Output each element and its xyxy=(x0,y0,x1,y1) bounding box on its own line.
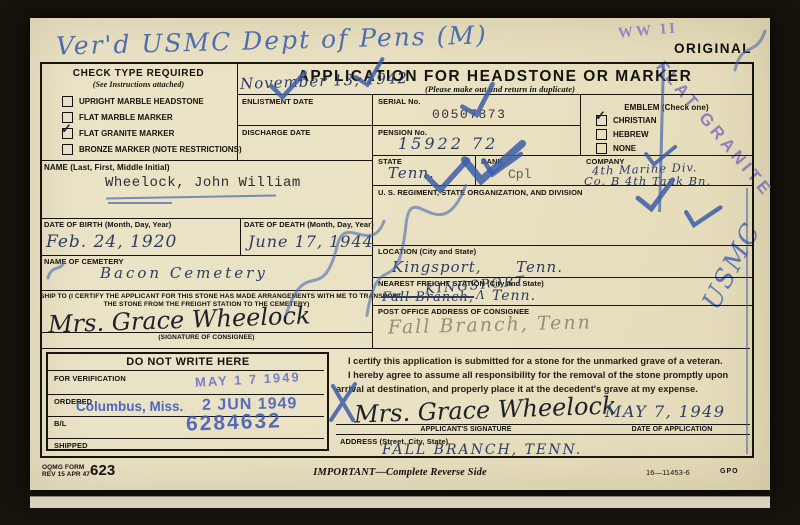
check-type-subheading: (See Instructions attached) xyxy=(40,80,237,89)
discharge-date-label: DISCHARGE DATE xyxy=(242,128,310,137)
serial-no-label: SERIAL No. xyxy=(378,97,421,106)
checkbox-icon xyxy=(62,96,73,107)
check-type-heading: CHECK TYPE REQUIRED xyxy=(40,68,237,79)
certification-line2: I hereby agree to assume all responsibil… xyxy=(336,369,748,397)
checkbox-upright-marble: UPRIGHT MARBLE HEADSTONE xyxy=(62,96,204,107)
checkbox-icon xyxy=(62,128,73,139)
address-value: FALL BRANCH, TENN. xyxy=(382,443,582,457)
divider-line xyxy=(40,348,750,349)
checkbox-bronze: BRONZE MARKER (NOTE RESTRICTIONS) xyxy=(62,144,242,155)
divider-line xyxy=(336,434,750,435)
date-of-birth-label: DATE OF BIRTH (Month, Day, Year) xyxy=(44,220,171,229)
checkbox-label: UPRIGHT MARBLE HEADSTONE xyxy=(79,97,204,106)
pen-vertical-stroke xyxy=(746,188,748,454)
checkbox-icon xyxy=(596,129,607,140)
checkbox-flat-marble: FLAT MARBLE MARKER xyxy=(62,112,173,123)
checkbox-label: BRONZE MARKER (NOTE RESTRICTIONS) xyxy=(79,145,242,154)
divider-line xyxy=(240,218,241,255)
divider-line xyxy=(40,160,373,161)
checkbox-label: FLAT MARBLE MARKER xyxy=(79,113,173,122)
form-number: 623 xyxy=(90,462,115,479)
checkbox-label: FLAT GRANITE MARKER xyxy=(79,129,174,138)
gpo-label: GPO xyxy=(720,468,739,475)
emblem-heading: EMBLEM (Check one) xyxy=(580,103,753,112)
pen-check-mark xyxy=(630,176,681,215)
paper-bottom-edge xyxy=(30,496,770,508)
footer-center-note: IMPORTANT—Complete Reverse Side xyxy=(210,467,590,478)
checkbox-label: CHRISTIAN xyxy=(613,116,657,125)
divider-line xyxy=(237,125,580,126)
scanned-document-photo: Ver'd USMC Dept of Pens (M) WW II ORIGIN… xyxy=(0,0,800,525)
bl-number-stamp: 6284632 xyxy=(186,410,282,434)
pen-cross-mark xyxy=(326,380,360,424)
pen-scribble xyxy=(44,258,68,282)
cemetery-value: Bacon Cemetery xyxy=(100,266,268,281)
bl-label: B/L xyxy=(54,419,66,428)
pen-check-mark xyxy=(268,68,308,102)
checkbox-label: HEBREW xyxy=(613,130,649,139)
checkbox-icon xyxy=(596,115,607,126)
divider-line xyxy=(48,438,324,439)
date-of-birth-value: Feb. 24, 1920 xyxy=(46,234,177,251)
po-address-value: Fall Branch, Tenn xyxy=(388,313,592,337)
checkbox-flat-granite: FLAT GRANITE MARKER xyxy=(62,128,174,139)
name-value: Wheelock, John William xyxy=(105,176,301,190)
consignee-signature-caption: (SIGNATURE OF CONSIGNEE) xyxy=(40,334,373,341)
do-not-write-heading: DO NOT WRITE HERE xyxy=(46,356,330,368)
pen-underline xyxy=(108,202,172,204)
ordered-place-stamp: Columbus, Miss. xyxy=(76,400,183,414)
print-code: 16—11453-6 xyxy=(646,468,690,477)
date-of-application-label: DATE OF APPLICATION xyxy=(592,426,752,433)
freight-state-value: Tenn. xyxy=(492,289,536,303)
checkbox-label: NONE xyxy=(613,144,636,153)
checkbox-hebrew: HEBREW xyxy=(596,129,649,140)
applicant-signature-label: APPLICANT'S SIGNATURE xyxy=(336,426,596,433)
headstone-application-form: Ver'd USMC Dept of Pens (M) WW II ORIGIN… xyxy=(30,18,770,490)
checkbox-none: NONE xyxy=(596,143,636,154)
name-label: NAME (Last, First, Middle Initial) xyxy=(44,163,170,172)
pen-flourish xyxy=(280,213,390,323)
pen-flourish xyxy=(732,28,768,74)
checkbox-christian: CHRISTIAN xyxy=(596,115,657,126)
ww2-stamp: WW II xyxy=(617,21,678,41)
top-handwritten-note: Ver'd USMC Dept of Pens (M) xyxy=(56,22,488,58)
checkbox-icon xyxy=(596,143,607,154)
shipped-label: SHIPPED xyxy=(54,441,88,450)
application-date-value: MAY 7, 1949 xyxy=(605,404,726,420)
for-verification-label: FOR VERIFICATION xyxy=(54,374,126,383)
form-id-line1: OQMG FORM xyxy=(42,464,84,471)
form-id-line2: REV 15 APR 47 xyxy=(42,471,90,478)
certification-line1: I certify this application is submitted … xyxy=(348,355,750,369)
checkbox-icon xyxy=(62,144,73,155)
